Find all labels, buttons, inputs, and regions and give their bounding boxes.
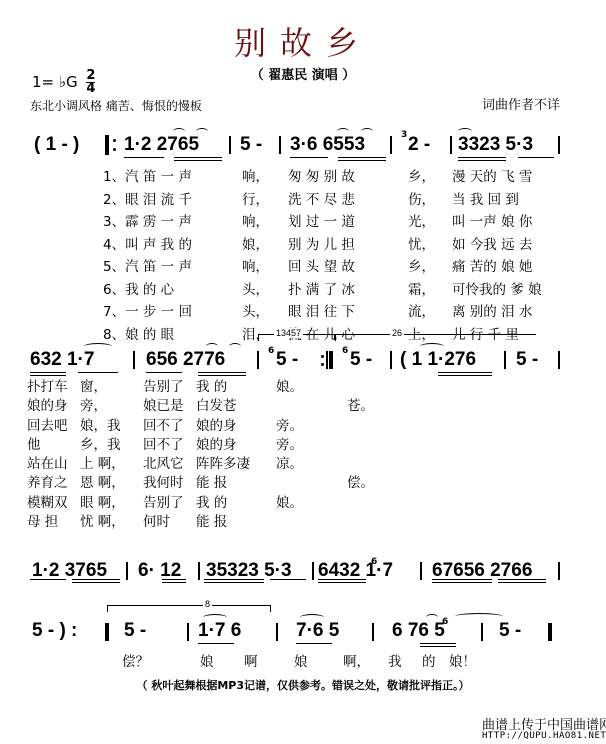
underline [204,582,264,583]
song-title: 别故乡 [0,18,606,64]
verse-b-col-3: 告别了 娘已是 回不了 回不了 北风它 我何时 告别了 何时 [143,378,184,532]
verse-col-3: 匆 匆 别 故 洗 不 尽 悲 划 过 一 道 别 为 儿 担 回 头 望 故 … [288,166,355,346]
lyric-line: 娘。 [276,378,303,397]
lyric-line: 凉。 [276,455,303,474]
time-sig-bottom: 4 [86,82,95,95]
lyric-line: 2、眼 泪 流 千 [103,189,192,212]
barline [229,136,231,154]
underline [78,372,118,373]
verse-b-col-6: 苍。 偿。 [347,378,374,494]
grace-note: 3 [401,130,407,140]
tempo-style: 东北小调风格 痛苦、悔恨的慢板 [30,97,202,114]
underline [338,157,386,158]
lyric-line: 4、叫 声 我 的 [103,234,192,257]
underline [30,579,66,580]
lyric-line: 娘，我 [80,417,125,436]
lyric-line: 偿。 [347,474,374,493]
lyric-line: 离 别的 泪 水 [452,301,542,324]
measure-2: 5 - [240,134,262,156]
lyric-line: 忧， [408,234,435,257]
lyric-line: 娘的身 [196,417,250,436]
barline [390,351,392,369]
lyric-line: 乡， [408,166,435,189]
lyric-line: 漫 天的 飞 雪 [452,166,542,189]
lyric-line: 告别了 [143,378,184,397]
lyric-line: 回不了 [143,417,184,436]
lyric-line: 8、娘 的 眼 [103,324,192,347]
barline [504,351,506,369]
underline [72,582,120,583]
repeat-dot [321,355,324,358]
measure-10: ( 1 1·276 [400,349,476,371]
lyric-line: 3、霹 雳 一 声 [103,211,192,234]
grace-note: 6 [371,557,377,567]
barline [481,623,483,641]
measure-19: 1·7 6 [198,620,241,642]
slur [337,128,349,135]
lyric-line [347,417,374,436]
time-signature: 2 4 [86,70,95,95]
measure-18: 5 - [124,620,146,642]
underline [30,375,66,376]
lyric: 娘！ [449,650,476,670]
lyric-line: 乡，我 [80,436,125,455]
lyric-line: 痛 苦的 娘 她 [452,256,542,279]
measure-21: 6 76 5 [392,620,445,642]
verse-b-col-5: 娘。 旁。 旁。 凉。 娘。 [276,378,303,532]
lyric-line: 能 报 [196,513,250,532]
lyric: 啊 [244,650,258,670]
volta-bracket-2 [335,334,536,341]
lyric-line: 站在山 [27,455,68,474]
lyric-line: 我 的 [196,494,250,513]
lyric-line [276,474,303,493]
lyric-line: 7、一 步 一 回 [103,301,192,324]
underline [498,579,546,580]
measure-20: 7·6 5 [296,620,339,642]
lyric-line: 养育之 [27,474,68,493]
volta-label-8: 8 [203,599,212,609]
transcription-note: （ 秋叶起舞根据MP3记谱，仅供参考。错误之处，敬请批评指正。） [0,677,606,693]
lyric-line: 眼 泪 往 下 [288,301,355,324]
lyric: 啊， [343,650,370,670]
measure-8: 5 - [276,349,298,371]
underline [162,582,186,583]
key-signature: 1= ♭G 2 4 [32,70,95,95]
measure-7: 656 2776 [146,349,225,371]
measure-6: 632 1·7 [30,349,94,371]
underline [420,643,456,644]
measure-5: 3323 5·3 [458,134,533,156]
lyric-line: 6、我 的 心 [103,279,192,302]
lyric-line: 扑打车 [27,378,68,397]
underline [290,157,328,158]
underline [198,372,246,373]
lyric-line: 旁。 [276,436,303,455]
grace-note: 6 [268,346,274,356]
underline [438,375,492,376]
measure-17: 5 - ) : [32,620,77,642]
lyric-line [276,513,303,532]
lyric-line: 叫 一声 娘 你 [452,211,542,234]
verse-col-5: 漫 天的 飞 雪 当 我 回 到 叫 一声 娘 你 如 今我 远 去 痛 苦的 … [452,166,542,346]
lyric-line [276,397,303,416]
lyric-line: 伤， [408,189,435,212]
lyric-line: 可怜我的 爹 娘 [452,279,542,302]
underline [174,157,222,158]
lyric: 娘 [294,650,308,670]
lyric-line: 能 报 [196,474,250,493]
barline [558,351,560,369]
lyric-line: 别 为 儿 担 [288,234,355,257]
barline [133,351,135,369]
lyric-line [347,378,374,397]
slur [420,343,444,350]
underline [458,157,506,158]
lyric-line: 划 过 一 道 [288,211,355,234]
verse-col-4: 乡， 伤， 光， 忧， 乡， 霜， 流， 上， [408,166,435,346]
underline [72,579,120,580]
lyric-line: 白发苍 [196,397,250,416]
lyric-line: 何时 [143,513,184,532]
repeat-end-barline [105,623,109,641]
lyric: 的 [422,650,436,670]
lyric: 我 [388,650,402,670]
verse-col-2: 响， 行， 响， 娘， 响， 头， 头， 泪， [242,166,269,346]
underline [198,375,246,376]
lyric-line: 告别了 [143,494,184,513]
verse-col-1: 1、汽 笛 一 声 2、眼 泪 流 千 3、霹 雳 一 声 4、叫 声 我 的 … [103,166,192,346]
lyric-line: 娘的身 [196,436,250,455]
underline [162,579,186,580]
lyric-line: 匆 匆 别 故 [288,166,355,189]
final-barline [548,623,552,641]
lyric-line: 回不了 [143,436,184,455]
lyric-line: 回去吧 [27,417,68,436]
underline [30,372,66,373]
watermark-url[interactable]: HTTP://QUPU.HAO81.NET [482,731,606,741]
volta-label-2: 26 [390,328,404,338]
underline [518,157,554,158]
lyric-line: 旁。 [276,417,303,436]
key-label: 1= ♭G [32,73,78,91]
lyric-line: 响， [242,166,269,189]
measure-3: 3·6 6553 [290,134,365,156]
grace-note: 6 [342,346,348,356]
lyric-line: 恩 啊， [80,474,125,493]
slur [455,613,503,620]
lyric-line: 母 担 [27,513,68,532]
verse-b-col-2: 窗， 旁， 娘，我 乡，我 上 啊， 恩 啊， 眼 啊， 忧 啊， [80,378,125,532]
measure-9: 5 - [350,349,372,371]
volta-label-1: 13457 [274,328,303,338]
barline [279,136,281,154]
barline [187,623,189,641]
lyric-line: 洗 不 尽 悲 [288,189,355,212]
slur [196,128,208,135]
lyric-line [347,455,374,474]
slur [84,343,112,350]
measure-1: 1·2 2765 [124,134,199,156]
barline [558,136,560,154]
lyric-line: 扑 满 了 冰 [288,279,355,302]
lyric-line: 阵阵多凄 [196,455,250,474]
repeat-dot [113,148,116,151]
underline [198,643,234,644]
lyric-line: 北风它 [143,455,184,474]
composer-credit: 词曲作者不详 [482,94,560,113]
lyric-line: 1、汽 笛 一 声 [103,166,192,189]
lyric-line: 5、汽 笛 一 声 [103,256,192,279]
lyric-line: 眼 啊， [80,494,125,513]
lyric-line: 上 啊， [80,455,125,474]
underline [432,582,492,583]
lyric-line: 他 [27,436,68,455]
underline [318,582,366,583]
repeat-end-barline [329,351,333,369]
repeat-dot [113,139,116,142]
barline [198,562,200,580]
verse-b-col-1: 扑打车 娘的身 回去吧 他 站在山 养育之 模糊双 母 担 [27,378,68,532]
lyric: 偿？ [122,650,149,670]
lyric-line: 娘， [242,234,269,257]
lyric-line: 我 的 [196,378,250,397]
lyric-line: 忧 啊， [80,513,125,532]
lyric-line: 娘已是 [143,397,184,416]
lyric-line: 响， [242,211,269,234]
lyric-line [347,436,374,455]
underline [458,160,506,161]
slur [229,343,241,350]
underline [296,643,332,644]
underline [498,582,546,583]
underline [438,372,492,373]
lyric-line: 如 今我 远 去 [452,234,542,257]
slur [426,614,438,621]
lyric-line: 娘。 [276,494,303,513]
barline [126,562,128,580]
barline [312,562,314,580]
slur [206,343,218,350]
lyric-line: 模糊双 [27,494,68,513]
underline [420,646,456,647]
lyric-line: 霜， [408,279,435,302]
intro-phrase: ( 1 - ) [34,134,79,156]
lyric-line: 旁， [80,397,125,416]
underline [174,160,222,161]
measure-11: 5 - [516,349,538,371]
slur [300,614,324,621]
slur [203,614,227,621]
lyric-line: 头， [242,301,269,324]
lyric-line: 窗， [80,378,125,397]
barline [276,623,278,641]
underline [432,579,492,580]
barline [372,623,374,641]
underline [270,579,306,580]
lyric-line: 响， [242,256,269,279]
lyric-line: 娘的身 [27,397,68,416]
slur [173,128,185,135]
slur [458,128,472,135]
volta-bracket-8 [107,605,271,612]
lyric-line: 苍。 [347,397,374,416]
measure-22: 5 - [499,620,521,642]
barline [326,351,328,369]
repeat-start-barline [105,135,109,155]
slur [361,128,373,135]
repeat-dot [321,363,324,366]
underline [204,579,264,580]
lyric-line: 回 头 望 故 [288,256,355,279]
lyric: 娘 [200,650,214,670]
lyric-line: 行， [242,189,269,212]
lyric-line: 乡， [408,256,435,279]
barline [420,562,422,580]
barline [390,136,392,154]
lyric-line: 我何时 [143,474,184,493]
underline [338,160,386,161]
lyric-line: 头， [242,279,269,302]
underline [124,157,164,158]
measure-4: 2 - [408,134,430,156]
verse-b-col-4: 我 的 白发苍 娘的身 娘的身 阵阵多凄 能 报 我 的 能 报 [196,378,250,532]
lyric-line: 光， [408,211,435,234]
underline [146,372,182,373]
lyric-line: 流， [408,301,435,324]
barline [450,136,452,154]
barline [558,562,560,580]
grace-note: 6 [442,617,448,627]
barline [257,351,259,369]
lyric-line: 当 我 回 到 [452,189,542,212]
underline [318,579,366,580]
